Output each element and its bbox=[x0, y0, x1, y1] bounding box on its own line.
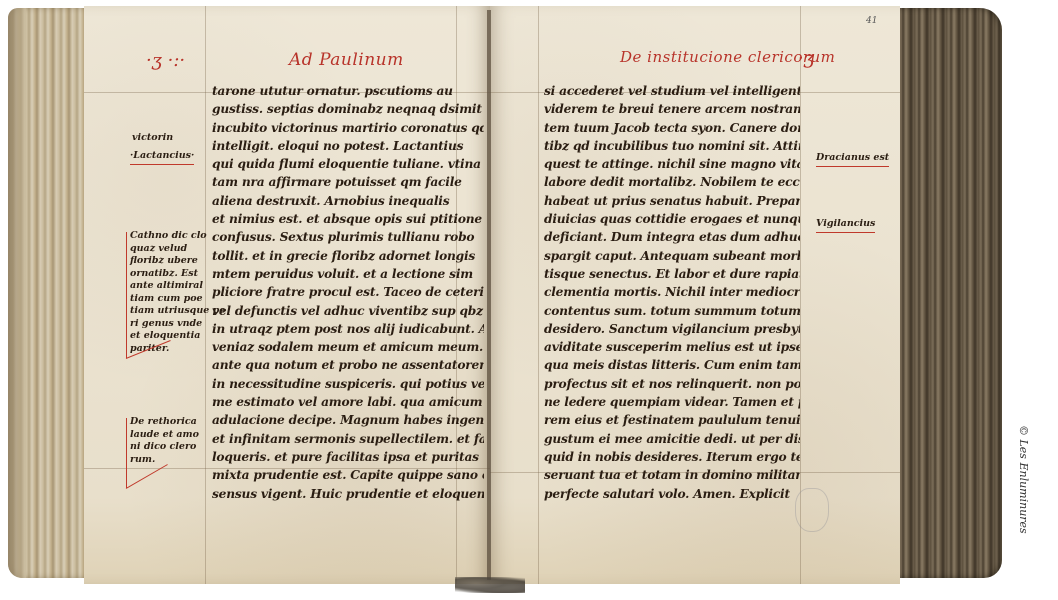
text-line: viderem te breui tenere arcem nostram. v… bbox=[544, 100, 800, 118]
text-line: seruant tua et totam in domino militante bbox=[544, 466, 800, 484]
gloss-bracket bbox=[126, 232, 127, 358]
faint-pencil-sketch bbox=[795, 488, 829, 532]
text-line: qua meis distas litteris. Cum enim tam c… bbox=[544, 356, 800, 374]
gloss-bracket bbox=[126, 418, 127, 488]
text-line: mtem peruidus voluit. et a lectione sim bbox=[212, 265, 484, 283]
text-line: labore dedit mortalibz. Nobilem te eccle… bbox=[544, 173, 800, 191]
text-line: me estimato vel amore labi. qua amicum bbox=[212, 393, 484, 411]
paragraph-mark: ·ʒ bbox=[798, 48, 814, 69]
margin-gloss: victorin bbox=[132, 132, 173, 145]
text-line: tarone ututur ornatur. pscutioms au bbox=[212, 82, 484, 100]
text-line: veniaz sodalem meum et amicum meum. amic… bbox=[212, 338, 484, 356]
text-line: gustum ei mee amicitie dedi. ut per dist… bbox=[544, 430, 800, 448]
text-line: et nimius est. et absque opis sui ptitio… bbox=[212, 210, 484, 228]
text-line: loqueris. et pure facilitas ipsa et puri… bbox=[212, 448, 484, 466]
right-fore-edge bbox=[898, 8, 1002, 578]
text-line: tollit. et in grecie floribz adornet lon… bbox=[212, 247, 484, 265]
text-line: et infinitam sermonis supellectilem. et … bbox=[212, 430, 484, 448]
margin-gloss-block: Cathno dic clo quaz velud floribz ubere … bbox=[130, 230, 225, 355]
headband bbox=[455, 577, 525, 593]
text-line: spargit caput. Antequam subeant morbi tr… bbox=[544, 247, 800, 265]
main-text-column: si accederet vel studium vel intelligent… bbox=[544, 82, 800, 503]
text-line: confusus. Sextus plurimis tullianu robo bbox=[212, 228, 484, 246]
text-line: qui quida flumi eloquentie tuliane. vtin… bbox=[212, 155, 484, 173]
text-line: incubito victorinus martirio coronatus q… bbox=[212, 119, 484, 137]
text-line: in utraqz ptem post nos alij iudicabunt.… bbox=[212, 320, 484, 338]
text-line: vel defunctis vel adhuc viventibz sup qb… bbox=[212, 302, 484, 320]
paragraph-mark: ·ʒ ·:· bbox=[146, 50, 185, 71]
left-page: ·ʒ ·:· Ad Paulinum victorin ·Lactancius·… bbox=[84, 6, 490, 584]
main-text-column: tarone ututur ornatur. pscutioms au gust… bbox=[212, 82, 484, 503]
margin-gloss: Vigilancius bbox=[816, 218, 875, 233]
text-line: sensus vigent. Huic prudentie et eloquen… bbox=[212, 485, 484, 503]
text-line: perfecte salutari volo. Amen. Explicit bbox=[544, 485, 800, 503]
text-line: tam nra affirmare potuisset qm facile bbox=[212, 173, 484, 191]
folio-number: 41 bbox=[866, 16, 877, 26]
text-line: clementia mortis. Nichil inter mediocre bbox=[544, 283, 800, 301]
right-page: 41 De institucione clericorum ·ʒ Dracian… bbox=[490, 6, 900, 584]
text-line: deficiant. Dum integra etas dum adhuc ca… bbox=[544, 228, 800, 246]
text-line: mixta prudentie est. Capite quippe sano … bbox=[212, 466, 484, 484]
text-line: diuicias quas cottidie erogaes et nunqua… bbox=[544, 210, 800, 228]
text-line: tisque senectus. Et labor et dure rapiat… bbox=[544, 265, 800, 283]
copyright-credit: © Les Enluminures bbox=[1017, 425, 1030, 534]
text-line: si accederet vel studium vel intelligent… bbox=[544, 82, 800, 100]
text-line: habeat ut prius senatus habuit. Prepara … bbox=[544, 192, 800, 210]
text-line: intelligit. eloqui no potest. Lactantius bbox=[212, 137, 484, 155]
text-line: ante qua notum et probo ne assentatorem bbox=[212, 356, 484, 374]
text-line: tem tuum Jacob tecta syon. Canere doma bbox=[544, 119, 800, 137]
text-line: aviditate susceperim melius est ut ipse … bbox=[544, 338, 800, 356]
margin-gloss: ·Lactancius· bbox=[130, 150, 194, 165]
text-line: adulacione decipe. Magnum habes ingenium bbox=[212, 411, 484, 429]
running-head: Ad Paulinum bbox=[289, 50, 404, 70]
open-manuscript: ·ʒ ·:· Ad Paulinum victorin ·Lactancius·… bbox=[0, 0, 1058, 600]
text-line: tibz qd incubilibus tuo nomini sit. Atti… bbox=[544, 137, 800, 155]
text-line: profectus sit et nos relinquerit. non po… bbox=[544, 375, 800, 393]
gutter-fold bbox=[487, 10, 491, 580]
text-line: quid in nobis desideres. Iterum ergo te … bbox=[544, 448, 800, 466]
text-line: rem eius et festinatem paululum tenui. e… bbox=[544, 411, 800, 429]
text-line: aliena destruxit. Arnobius inequalis bbox=[212, 192, 484, 210]
text-line: quest te attinge. nichil sine magno vita bbox=[544, 155, 800, 173]
text-line: contentus sum. totum summum totum perfec… bbox=[544, 302, 800, 320]
text-line: ne ledere quempiam videar. Tamen et prop… bbox=[544, 393, 800, 411]
text-line: desidero. Sanctum vigilancium presbyteru… bbox=[544, 320, 800, 338]
text-line: gustiss. septias dominabz neqnaq dsimit bbox=[212, 100, 484, 118]
margin-gloss-block: De rethorica laude et amo ni dico clero … bbox=[130, 416, 199, 466]
text-line: in necessitudine suspiceris. qui potius … bbox=[212, 375, 484, 393]
text-line: pliciore fratre procul est. Taceo de cet… bbox=[212, 283, 484, 301]
margin-gloss: Dracianus est bbox=[816, 152, 889, 167]
